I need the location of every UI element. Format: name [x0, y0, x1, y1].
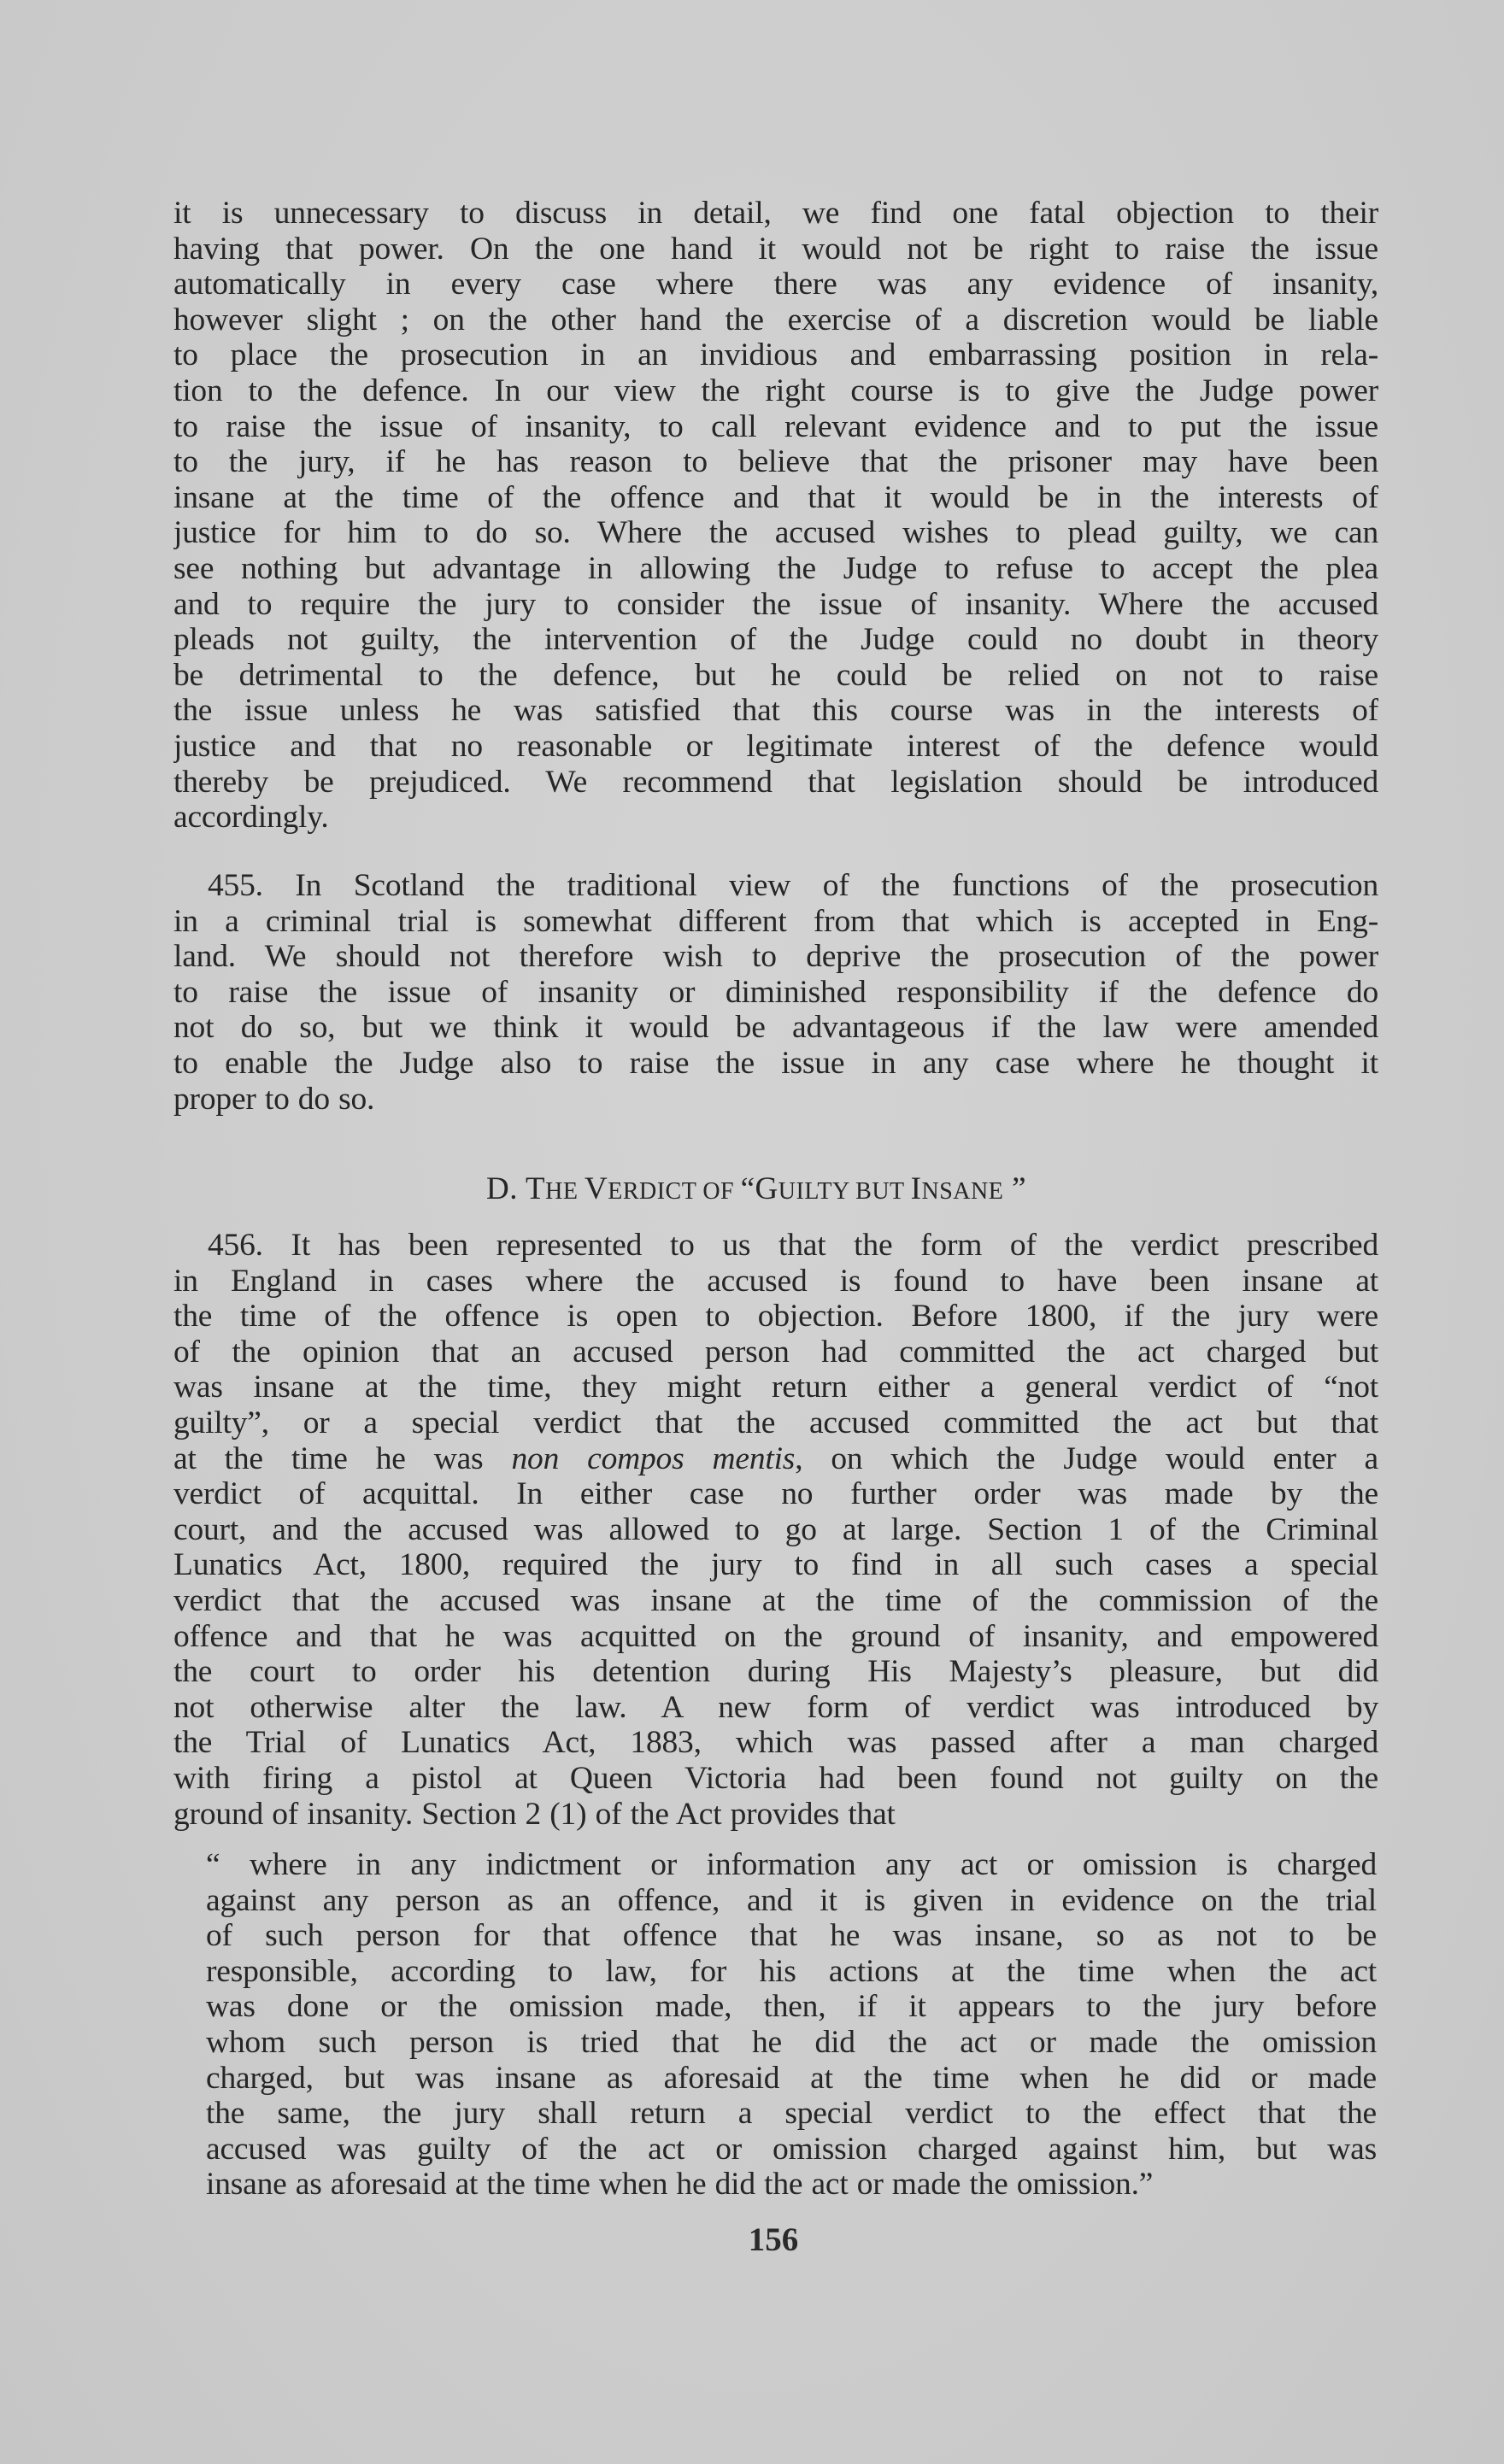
- heading-capital: T: [526, 1171, 545, 1206]
- text-line: of the opinion that an accused person ha…: [173, 1335, 1378, 1370]
- page-number: 156: [0, 2221, 1504, 2259]
- text-line: whom such person is tried that he did th…: [206, 2025, 1377, 2061]
- heading-suffix: ”: [1003, 1171, 1026, 1206]
- continuation-paragraph: it is unnecessary to discuss in detail, …: [173, 196, 1378, 836]
- text-line: “ where in any indictment or information…: [206, 1847, 1377, 1883]
- text-line: verdict that the accused was insane at t…: [173, 1583, 1378, 1619]
- text-line: the court to order his detention during …: [173, 1654, 1378, 1690]
- text-line: not otherwise alter the law. A new form …: [173, 1690, 1378, 1726]
- text-line: in England in cases where the accused is…: [173, 1264, 1378, 1299]
- text-line: 456. It has been represented to us that …: [173, 1228, 1378, 1264]
- heading-capital: I: [911, 1171, 922, 1206]
- text-line: proper to do so.: [173, 1082, 1378, 1118]
- text-line: to raise the issue of insanity, to call …: [173, 409, 1378, 445]
- text-line: court, and the accused was allowed to go…: [173, 1512, 1378, 1548]
- text-line: was done or the omission made, then, if …: [206, 1989, 1377, 2025]
- text-line: with firing a pistol at Queen Victoria h…: [173, 1761, 1378, 1797]
- text-line: was insane at the time, they might retur…: [173, 1370, 1378, 1405]
- text-line: to raise the issue of insanity or dimini…: [173, 975, 1378, 1011]
- text-line: accused was guilty of the act or omissio…: [206, 2132, 1377, 2168]
- text-line: ground of insanity. Section 2 (1) of the…: [173, 1797, 1378, 1833]
- text-line: in a criminal trial is somewhat differen…: [173, 904, 1378, 940]
- text-line: accordingly.: [173, 800, 1378, 836]
- heading-smallcaps: of: [702, 1178, 740, 1205]
- text-line: of such person for that offence that he …: [206, 1918, 1377, 1954]
- heading-smallcaps: but: [855, 1178, 911, 1205]
- text-line: offence and that he was acquitted on the…: [173, 1619, 1378, 1655]
- italic-phrase: non compos mentis: [511, 1441, 795, 1476]
- text-line: verdict of acquittal. In either case no …: [173, 1476, 1378, 1512]
- text-line: having that power. On the one hand it wo…: [173, 232, 1378, 267]
- text-line: see nothing but advantage in allowing th…: [173, 551, 1378, 587]
- paragraph-456: 456. It has been represented to us that …: [173, 1228, 1378, 1832]
- text-line: land. We should not therefore wish to de…: [173, 939, 1378, 975]
- paragraph-455: 455. In Scotland the traditional view of…: [173, 868, 1378, 1117]
- text-line: pleads not guilty, the intervention of t…: [173, 622, 1378, 658]
- text-line: the issue unless he was satisfied that t…: [173, 693, 1378, 729]
- document-page: it is unnecessary to discuss in detail, …: [0, 0, 1504, 2464]
- text-line: not do so, but we think it would be adva…: [173, 1010, 1378, 1046]
- heading-smallcaps: erdict: [608, 1178, 702, 1205]
- text-line: at the time he was non compos mentis, on…: [173, 1441, 1378, 1477]
- text-line: and to require the jury to consider the …: [173, 587, 1378, 623]
- section-heading: D. The Verdict of “Guilty but Insane ”: [0, 1171, 1504, 1210]
- statute-quotation: “ where in any indictment or information…: [206, 1847, 1377, 2203]
- text-line: justice and that no reasonable or legiti…: [173, 729, 1378, 765]
- text-run: at the time he was: [173, 1441, 511, 1476]
- heading-smallcaps: he: [545, 1178, 585, 1205]
- text-line: 455. In Scotland the traditional view of…: [173, 868, 1378, 904]
- text-line: against any person as an offence, and it…: [206, 1883, 1377, 1919]
- text-line: justice for him to do so. Where the accu…: [173, 515, 1378, 551]
- text-line: be detrimental to the defence, but he co…: [173, 658, 1378, 694]
- text-line: insane at the time of the offence and th…: [173, 480, 1378, 516]
- heading-prefix: D.: [486, 1171, 526, 1206]
- heading-smallcaps: uilty: [778, 1178, 855, 1205]
- text-line: tion to the defence. In our view the rig…: [173, 373, 1378, 409]
- text-line: the Trial of Lunatics Act, 1883, which w…: [173, 1725, 1378, 1761]
- text-line: guilty”, or a special verdict that the a…: [173, 1405, 1378, 1441]
- text-run: , on which the Judge would enter a: [795, 1441, 1378, 1476]
- text-line: the same, the jury shall return a specia…: [206, 2096, 1377, 2132]
- heading-capital: “G: [741, 1171, 778, 1206]
- text-line: insane as aforesaid at the time when he …: [206, 2167, 1377, 2203]
- text-line: to enable the Judge also to raise the is…: [173, 1046, 1378, 1082]
- text-line: thereby be prejudiced. We recommend that…: [173, 765, 1378, 801]
- text-line: to place the prosecution in an invidious…: [173, 337, 1378, 373]
- text-line: however slight ; on the other hand the e…: [173, 302, 1378, 338]
- heading-capital: V: [585, 1171, 608, 1206]
- text-line: it is unnecessary to discuss in detail, …: [173, 196, 1378, 232]
- text-line: the time of the offence is open to objec…: [173, 1299, 1378, 1335]
- text-line: responsible, according to law, for his a…: [206, 1954, 1377, 1990]
- text-line: charged, but was insane as aforesaid at …: [206, 2061, 1377, 2097]
- text-line: automatically in every case where there …: [173, 267, 1378, 302]
- heading-smallcaps: nsane: [921, 1178, 1003, 1205]
- text-line: Lunatics Act, 1800, required the jury to…: [173, 1547, 1378, 1583]
- text-line: to the jury, if he has reason to believe…: [173, 444, 1378, 480]
